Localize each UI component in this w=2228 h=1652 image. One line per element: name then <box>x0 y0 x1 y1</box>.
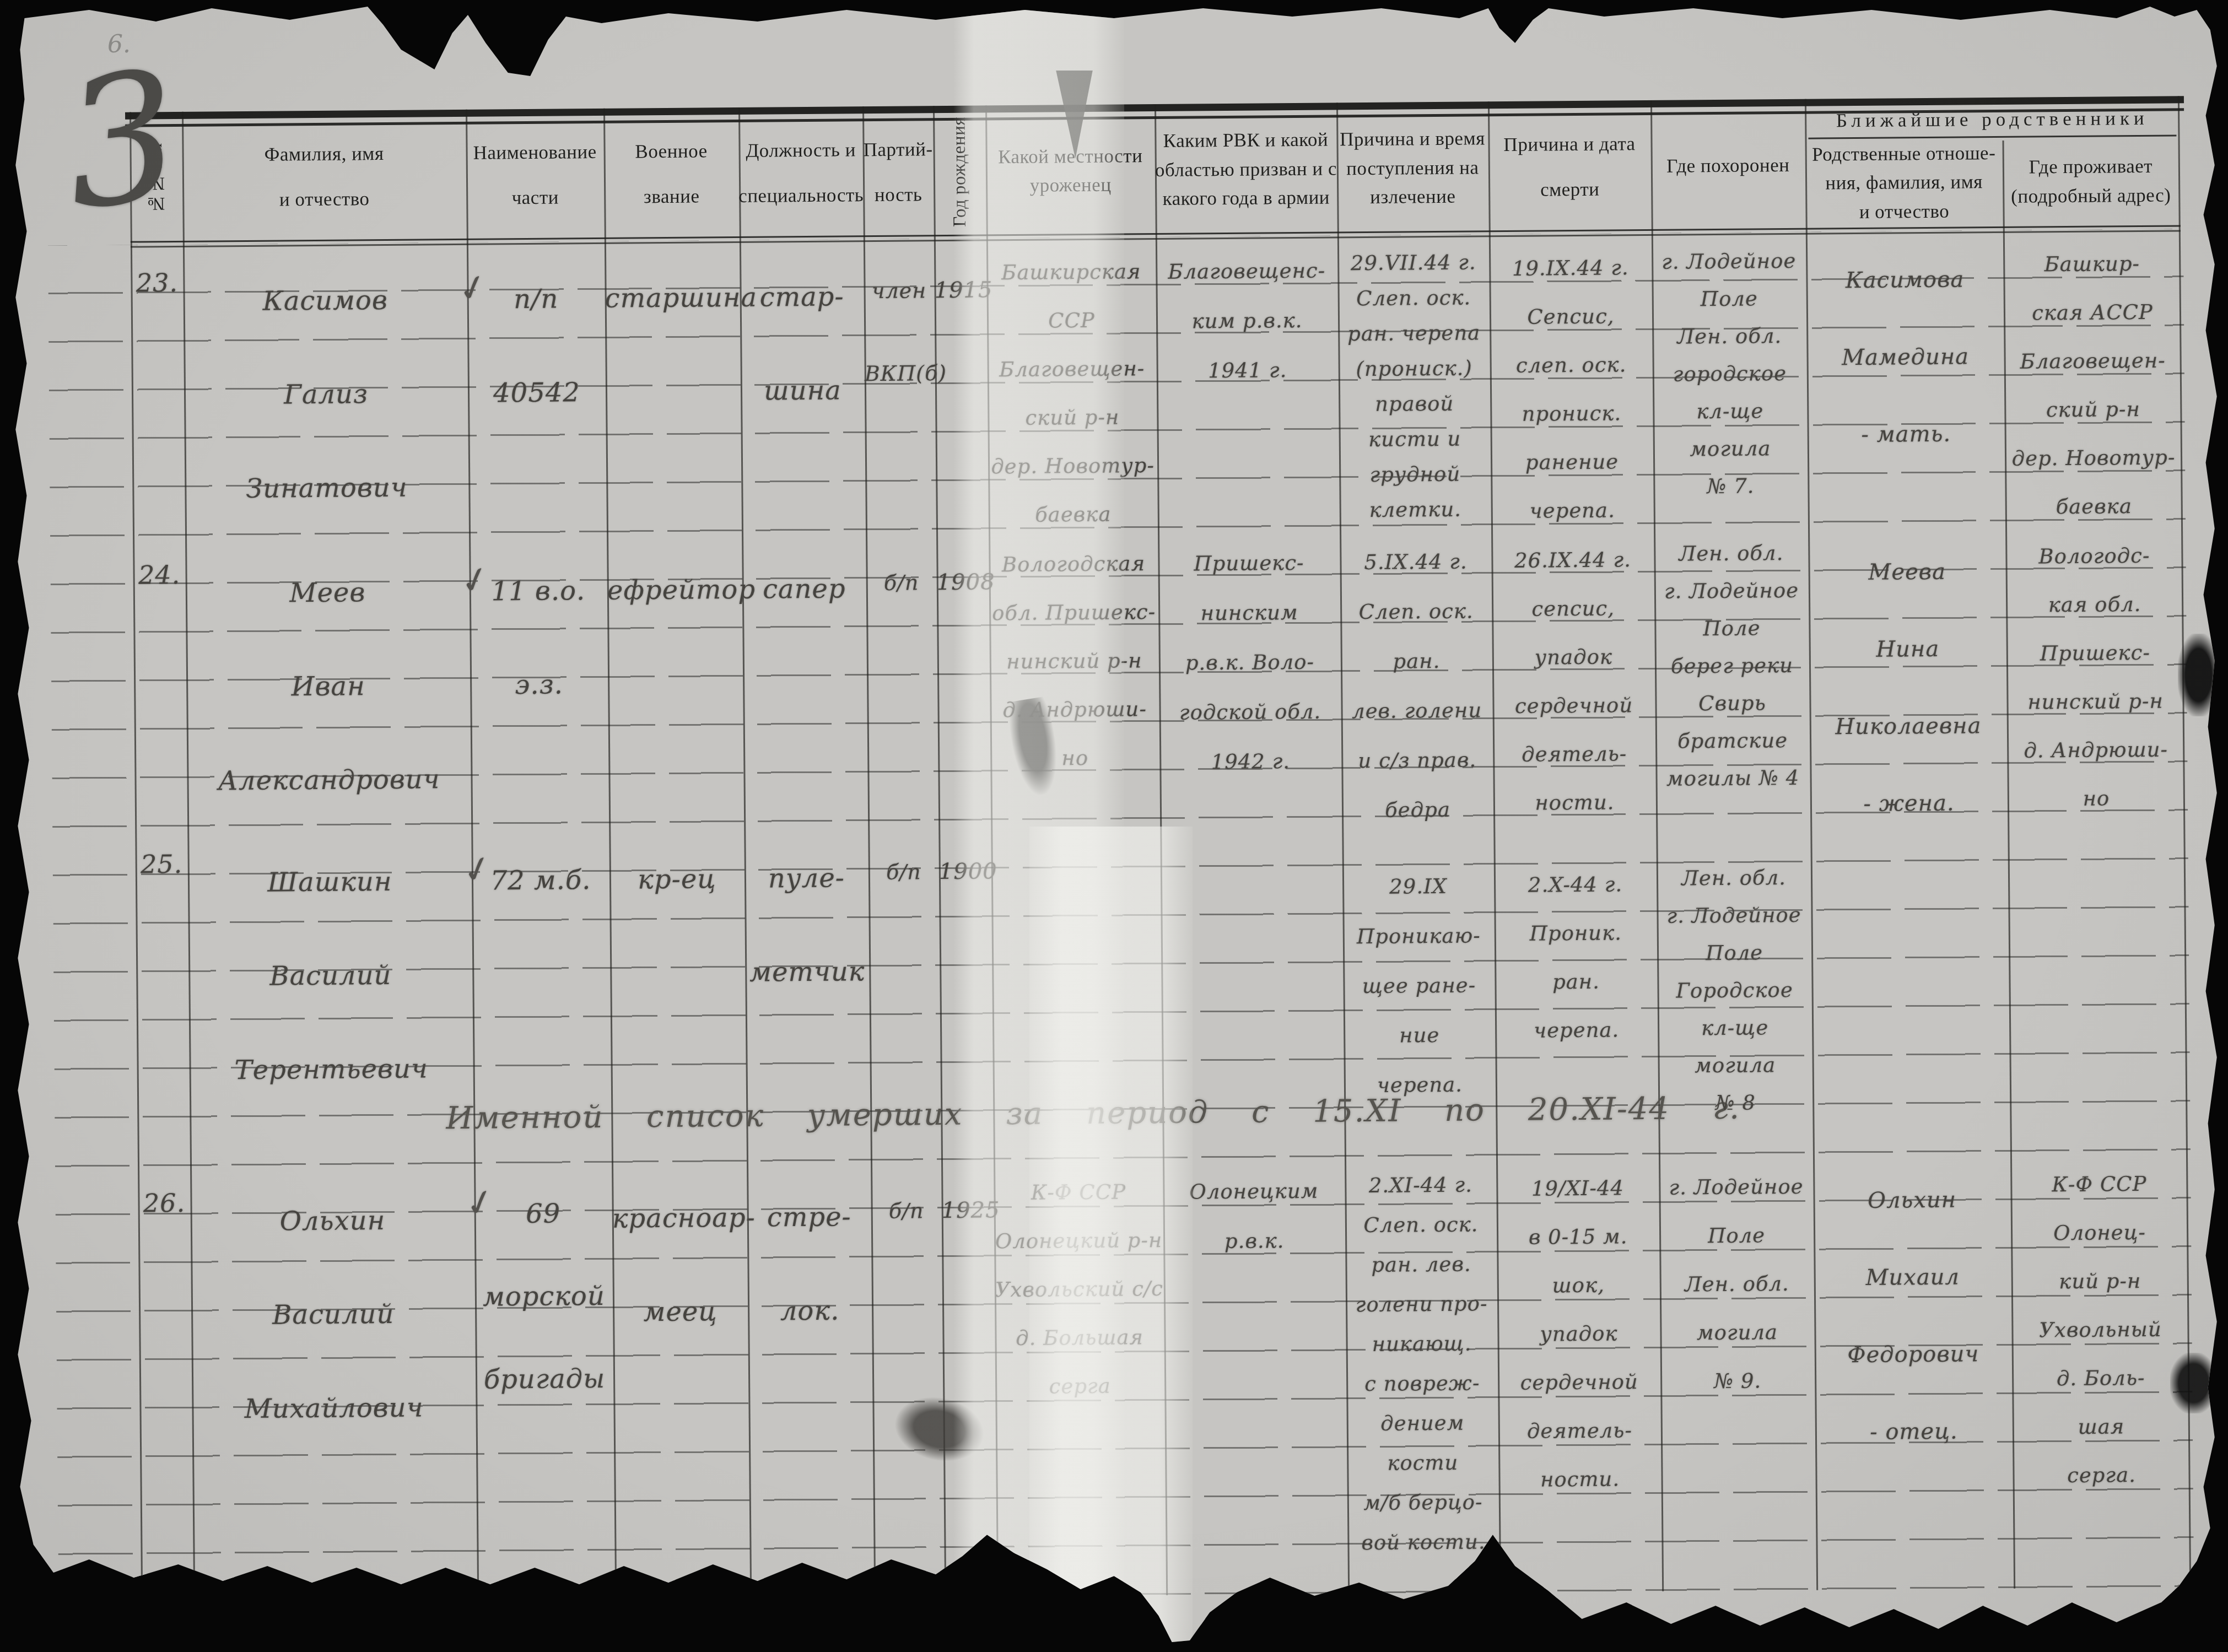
row-25-rvk <box>1160 813 1344 1082</box>
scanned-register-page: 3 6. №№ п/п Фами <box>0 0 2228 1652</box>
row-25-name: Шашкин Василий Терентьевич <box>187 820 473 1089</box>
row-23-death: 19.IX.44 г. Сепсис, слеп. оск. прониск. … <box>1489 229 1654 522</box>
row-26-address: К-Ф ССР Олонец- кий р-н Ухвольный д. Бол… <box>2010 1145 2191 1582</box>
row-25-birth-year: 1900 <box>938 816 993 1083</box>
row-24-party: б/п <box>866 527 938 817</box>
row-25-admission: 29.IX Проникаю- щее ране- ние черепа. <box>1342 812 1496 1080</box>
table-grid: №№ п/п Фамилия, имя и отчество Наименова… <box>130 99 2191 1596</box>
relatives-group-title: Ближайшие родственники <box>1808 99 2177 139</box>
row-26-duty: стре- лок. <box>747 1156 874 1592</box>
row-25-birthplace <box>991 814 1162 1083</box>
header-relatives: Родственные отноше- ния, фамилия, имя и … <box>1805 138 2003 228</box>
row-26-unit: ✓69 морской бригады <box>474 1158 615 1594</box>
row-25-rank: кр-ец <box>609 818 746 1086</box>
paper-sheet: 3 6. №№ п/п Фами <box>0 0 2228 1652</box>
row-26-num: 26. <box>138 1161 193 1597</box>
row-23-party: член ВКП(б) <box>864 235 936 527</box>
row-26-birth-year: 1925 <box>941 1154 997 1590</box>
row-23-burial: г. Лодейное Поле Лен. обл. городское кл-… <box>1652 228 1808 521</box>
row-23-relatives: Касимова Мамедина - мать. <box>1806 226 2005 520</box>
row-24-unit: ✓11 в.о. э.з. <box>469 530 609 820</box>
row-23-unit: ✓п/п 40542 <box>467 237 607 531</box>
row-26-rank: красноар- меец <box>612 1157 750 1593</box>
row-24-admission: 5.IX.44 г. Слеп. оск. ран. лев. голени и… <box>1340 522 1493 813</box>
row-26-burial: г. Лодейное Поле Лен. обл. могила № 9. <box>1659 1148 1816 1585</box>
page-number: 3 <box>54 33 190 250</box>
row-23-birth-year: 1915 <box>934 234 989 527</box>
header-admission: Причина и время поступления на излечение <box>1336 105 1489 231</box>
row-26-death: 19/XI-44 в 0-15 м. шок, упадок сердечной… <box>1496 1149 1662 1586</box>
row-23-birthplace: Башкирская ССР Благовещен- ский р-н дер.… <box>986 233 1158 526</box>
row-26-rvk: Олонецким р.в.к. <box>1163 1152 1348 1589</box>
row-25-address <box>2008 806 2187 1075</box>
row-23-name: Касимов Гализ Зинатович <box>183 239 469 533</box>
row-24-address: Вологодс- кая обл. Пришекс- нинский р-н … <box>2005 517 2185 808</box>
row-24-birth-year: 1908 <box>936 526 991 816</box>
row-26-name: Ольхин Василий Михайлович <box>190 1159 477 1596</box>
casualty-table: №№ п/п Фамилия, имя и отчество Наименова… <box>130 99 2191 1603</box>
row-23-address: Башкир- ская АССР Благовещен- ский р-н д… <box>2003 225 2183 519</box>
corner-mark: 6. <box>107 30 131 58</box>
row-24-relatives: Меева Нина Николаевна - жена. <box>1808 519 2008 809</box>
row-23-duty: стар- шина <box>740 235 866 528</box>
row-26-party: б/п <box>871 1155 945 1591</box>
row-25-num: 25. <box>135 822 190 1090</box>
header-address: Где проживает (подробный адрес) <box>2002 136 2179 226</box>
row-24-rank: ефрейтор <box>607 528 744 819</box>
header-duty: Должность и специальность <box>738 110 864 236</box>
row-23-rank: старшина <box>605 236 742 530</box>
row-24-rvk: Пришекс- нинским р.в.к. Воло- годской об… <box>1158 523 1342 814</box>
row-23-num: 23. <box>131 241 185 533</box>
header-party: Партий- ность <box>862 109 934 235</box>
header-rank: Военное звание <box>603 111 740 237</box>
row-25-party: б/п <box>868 816 941 1084</box>
header-unit: Наименование части <box>466 112 605 239</box>
row-24-name: Меев Иван Александрович <box>185 531 471 822</box>
row-24-duty: сапер <box>742 527 868 818</box>
header-rvk: Каким РВК и какой областью призван и с к… <box>1155 106 1337 233</box>
row-25-duty: пуле- метчик <box>744 817 870 1085</box>
row-24-num: 24. <box>133 533 187 823</box>
row-26-relatives: Ольхин Михаил Федорович - отец. <box>1813 1147 2014 1584</box>
header-death: Причина и дата смерти <box>1488 104 1652 230</box>
header-relatives-group: Ближайшие родственники Родственные отнош… <box>1805 99 2181 228</box>
row-26-birthplace: К-Ф ССР Олонецкий р-н Ухвольский с/с д. … <box>994 1153 1166 1590</box>
header-birth-year: Год рождения <box>933 109 986 235</box>
row-25-death: 2.X-44 г. Проник. ран. черепа. <box>1493 811 1658 1079</box>
header-name: Фамилия, имя и отчество <box>182 113 467 241</box>
header-birthplace: Какой местности уроженец <box>985 107 1156 234</box>
row-26-admission: 2.XI-44 г. Слеп. оск. ран. лев. голени п… <box>1345 1151 1499 1587</box>
header-burial: Где похоронен <box>1650 102 1806 229</box>
row-24-death: 26.IX.44 г. сепсис, упадок сердечной дея… <box>1491 521 1656 812</box>
row-23-rvk: Благовещенс- ким р.в.к. 1941 г. <box>1156 231 1340 525</box>
row-24-birthplace: Вологодская обл. Пришекс- нинский р-н д.… <box>989 525 1160 816</box>
row-25-relatives <box>1810 808 2010 1077</box>
row-25-unit: ✓72 м.б. <box>471 819 611 1087</box>
row-24-burial: Лен. обл. г. Лодейное Поле берег реки Св… <box>1654 520 1810 811</box>
row-25-burial: Лен. обл. г. Лодейное Поле Городское кл-… <box>1656 809 1812 1078</box>
row-23-admission: 29.VII.44 г. Слеп. оск. ран. черепа (про… <box>1337 230 1491 523</box>
